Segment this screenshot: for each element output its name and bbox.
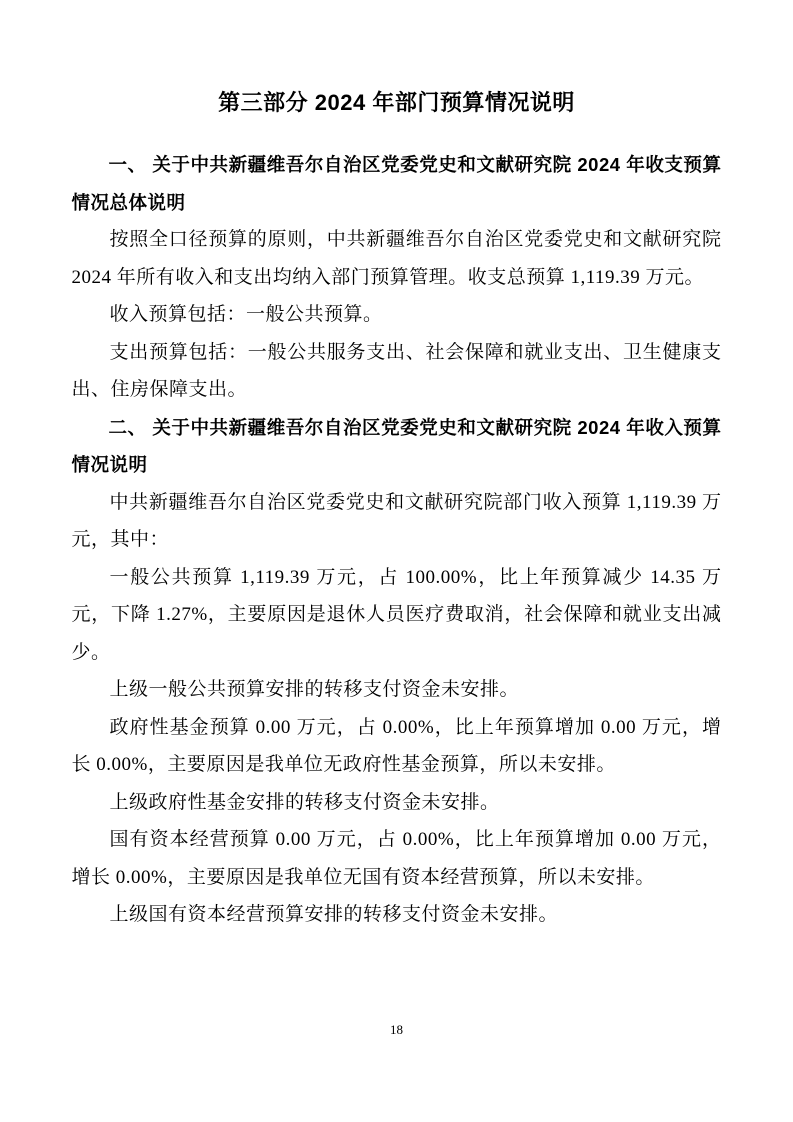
section-2-paragraph-general-transfer: 上级一般公共预算安排的转移支付资金未安排。 [72, 671, 722, 709]
section-2-heading: 二、 关于中共新疆维吾尔自治区党委党史和文献研究院 2024 年收入预算情况说明 [72, 409, 722, 484]
section-1-paragraph-income-scope: 收入预算包括：一般公共预算。 [72, 296, 722, 334]
section-2-paragraph-government-fund: 政府性基金预算 0.00 万元，占 0.00%，比上年预算增加 0.00 万元，… [72, 709, 722, 784]
section-1-heading: 一、 关于中共新疆维吾尔自治区党委党史和文献研究院 2024 年收支预算情况总体… [72, 146, 722, 221]
section-1-paragraph-expenditure-scope: 支出预算包括：一般公共服务支出、社会保障和就业支出、卫生健康支出、住房保障支出。 [72, 334, 722, 409]
section-2-paragraph-general-public-budget: 一般公共预算 1,119.39 万元，占 100.00%，比上年预算减少 14.… [72, 559, 722, 672]
section-2-paragraph-state-capital-transfer: 上级国有资本经营预算安排的转移支付资金未安排。 [72, 896, 722, 934]
section-1-paragraph-overall-budget: 按照全口径预算的原则，中共新疆维吾尔自治区党委党史和文献研究院 2024 年所有… [72, 221, 722, 296]
section-2-paragraph-income-total: 中共新疆维吾尔自治区党委党史和文献研究院部门收入预算 1,119.39 万元，其… [72, 484, 722, 559]
section-2-paragraph-government-fund-transfer: 上级政府性基金安排的转移支付资金未安排。 [72, 784, 722, 822]
document-title: 第三部分 2024 年部门预算情况说明 [72, 0, 722, 124]
document-page: 第三部分 2024 年部门预算情况说明 一、 关于中共新疆维吾尔自治区党委党史和… [0, 0, 793, 1122]
section-2-paragraph-state-capital: 国有资本经营预算 0.00 万元，占 0.00%，比上年预算增加 0.00 万元… [72, 821, 722, 896]
document-body: 一、 关于中共新疆维吾尔自治区党委党史和文献研究院 2024 年收支预算情况总体… [72, 146, 722, 934]
page-number: 18 [0, 1022, 793, 1038]
